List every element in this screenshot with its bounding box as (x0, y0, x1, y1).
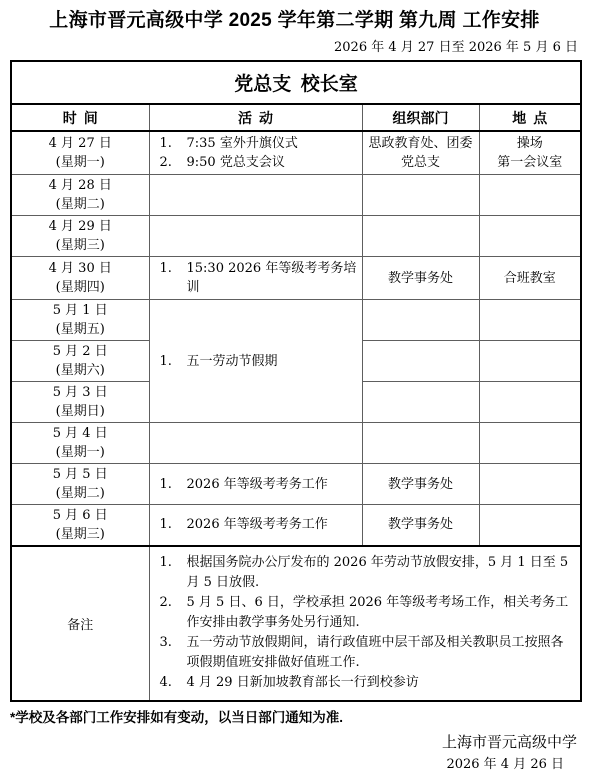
weekday-text: (星期日) (56, 404, 105, 419)
activity-cell: 1.7:35 室外升旗仪式 2.9:50 党总支会议 (149, 131, 362, 175)
date-text: 4 月 29 日 (49, 219, 112, 234)
document-title: 上海市晋元高级中学 2025 学年第二学期 第九周 工作安排 (0, 0, 589, 33)
remark-item-text: 五一劳动节放假期间，请行政值班中层干部及相关教职员工按照各项假期值班安排做好值班… (187, 633, 575, 673)
location-cell (479, 464, 581, 505)
date-text: 5 月 4 日 (53, 426, 108, 441)
location-cell: 合班教室 (479, 257, 581, 300)
weekday-text: (星期二) (56, 486, 105, 501)
weekday-text: (星期六) (56, 363, 105, 378)
activity-item-text: 15:30 2026 年等级考考务培训 (187, 259, 358, 297)
activity-item-text: 五一劳动节假期 (187, 352, 358, 371)
remark-item-text: 4 月 29 日新加坡教育部长一行到校参访 (187, 673, 575, 693)
weekday-text: (星期二) (56, 197, 105, 212)
time-cell: 5 月 6 日(星期三) (11, 505, 149, 546)
time-cell: 5 月 3 日(星期日) (11, 382, 149, 423)
date-text: 5 月 6 日 (53, 508, 108, 523)
time-cell: 4 月 27 日(星期一) (11, 131, 149, 175)
schedule-row-apr28: 4 月 28 日(星期二) (11, 175, 581, 216)
remarks-content: 1.根据国务院办公厅发布的 2026 年劳动节放假安排，5 月 1 日至 5 月… (149, 546, 581, 701)
remarks-label: 备注 (11, 546, 149, 701)
activity-item-text: 2026 年等级考考务工作 (187, 475, 358, 494)
activity-cell (149, 175, 362, 216)
remark-item: 2.5 月 5 日、6 日，学校承担 2026 年等级考考场工作，相关考务工作安… (160, 593, 575, 633)
date-text: 4 月 27 日 (49, 136, 112, 151)
organization-cell (362, 300, 479, 341)
schedule-row-apr29: 4 月 29 日(星期三) (11, 216, 581, 257)
activity-item: 1.7:35 室外升旗仪式 (160, 134, 358, 153)
location-cell (479, 382, 581, 423)
activity-item-number: 1. (160, 259, 187, 297)
signature-date: 2026 年 4 月 26 日 (0, 756, 564, 772)
schedule-row-apr27: 4 月 27 日(星期一) 1.7:35 室外升旗仪式 2.9:50 党总支会议… (11, 131, 581, 175)
weekday-text: (星期一) (56, 445, 105, 460)
activity-cell (149, 216, 362, 257)
weekday-text: (星期三) (56, 527, 105, 542)
location-cell (479, 216, 581, 257)
date-text: 5 月 2 日 (53, 344, 108, 359)
remark-item: 3.五一劳动节放假期间，请行政值班中层干部及相关教职员工按照各项假期值班安排做好… (160, 633, 575, 673)
remark-item-text: 根据国务院办公厅发布的 2026 年劳动节放假安排，5 月 1 日至 5 月 5… (187, 553, 575, 593)
date-text: 4 月 28 日 (49, 178, 112, 193)
weekday-text: (星期三) (56, 238, 105, 253)
footnote: *学校及各部门工作安排如有变动，以当日部门通知为准. (10, 710, 589, 726)
activity-item-text: 2026 年等级考考务工作 (187, 515, 358, 534)
section-title: 党总支 校长室 (11, 61, 581, 104)
activity-cell-holiday-merged: 1.五一劳动节假期 (149, 300, 362, 423)
organization-cell (362, 341, 479, 382)
col-header-organization: 组织部门 (362, 104, 479, 131)
time-cell: 4 月 28 日(星期二) (11, 175, 149, 216)
weekday-text: (星期四) (56, 280, 105, 295)
remark-item: 1.根据国务院办公厅发布的 2026 年劳动节放假安排，5 月 1 日至 5 月… (160, 553, 575, 593)
time-cell: 5 月 2 日(星期六) (11, 341, 149, 382)
document-page: 上海市晋元高级中学 2025 学年第二学期 第九周 工作安排 2026 年 4 … (0, 0, 589, 772)
weekday-text: (星期一) (56, 155, 105, 170)
date-text: 5 月 3 日 (53, 385, 108, 400)
activity-item: 2.9:50 党总支会议 (160, 153, 358, 172)
remarks-row: 备注 1.根据国务院办公厅发布的 2026 年劳动节放假安排，5 月 1 日至 … (11, 546, 581, 701)
activity-item: 1.2026 年等级考考务工作 (160, 515, 358, 534)
date-range: 2026 年 4 月 27 日至 2026 年 5 月 6 日 (0, 40, 578, 56)
location-cell (479, 300, 581, 341)
organization-cell (362, 175, 479, 216)
activity-item-number: 1. (160, 134, 187, 153)
organization-cell (362, 382, 479, 423)
remark-item-number: 2. (160, 593, 187, 633)
activity-item-number: 1. (160, 515, 187, 534)
location-cell (479, 175, 581, 216)
activity-item-number: 2. (160, 153, 187, 172)
remark-item-number: 1. (160, 553, 187, 593)
date-text: 5 月 1 日 (53, 303, 108, 318)
schedule-row-may6: 5 月 6 日(星期三) 1.2026 年等级考考务工作 教学事务处 (11, 505, 581, 546)
section-title-row: 党总支 校长室 (11, 61, 581, 104)
activity-cell: 1.2026 年等级考考务工作 (149, 505, 362, 546)
activity-item: 1.2026 年等级考考务工作 (160, 475, 358, 494)
activity-cell: 1.2026 年等级考考务工作 (149, 464, 362, 505)
activity-item: 1.15:30 2026 年等级考考务培训 (160, 259, 358, 297)
location-cell (479, 423, 581, 464)
signature-school: 上海市晋元高级中学 (0, 733, 577, 752)
activity-cell: 1.15:30 2026 年等级考考务培训 (149, 257, 362, 300)
time-cell: 5 月 1 日(星期五) (11, 300, 149, 341)
organization-cell: 教学事务处 (362, 464, 479, 505)
activity-item: 1.五一劳动节假期 (160, 352, 358, 371)
activity-cell (149, 423, 362, 464)
remark-item-number: 3. (160, 633, 187, 673)
activity-item-text: 9:50 党总支会议 (187, 153, 358, 172)
location-cell (479, 505, 581, 546)
col-header-location: 地 点 (479, 104, 581, 131)
organization-cell (362, 423, 479, 464)
weekday-text: (星期五) (56, 322, 105, 337)
schedule-table: 党总支 校长室 时 间 活 动 组织部门 地 点 4 月 27 日(星期一) 1… (10, 60, 582, 702)
schedule-row-may1: 5 月 1 日(星期五) 1.五一劳动节假期 (11, 300, 581, 341)
date-text: 5 月 5 日 (53, 467, 108, 482)
schedule-row-apr30: 4 月 30 日(星期四) 1.15:30 2026 年等级考考务培训 教学事务… (11, 257, 581, 300)
activity-item-number: 1. (160, 352, 187, 371)
organization-cell: 教学事务处 (362, 257, 479, 300)
remark-item: 4.4 月 29 日新加坡教育部长一行到校参访 (160, 673, 575, 693)
activity-item-text: 7:35 室外升旗仪式 (187, 134, 358, 153)
organization-cell (362, 216, 479, 257)
time-cell: 4 月 29 日(星期三) (11, 216, 149, 257)
col-header-activity: 活 动 (149, 104, 362, 131)
location-cell: 操场 第一会议室 (479, 131, 581, 175)
date-text: 4 月 30 日 (49, 261, 112, 276)
location-cell (479, 341, 581, 382)
organization-cell: 思政教育处、团委 党总支 (362, 131, 479, 175)
activity-item-number: 1. (160, 475, 187, 494)
remark-item-number: 4. (160, 673, 187, 693)
organization-cell: 教学事务处 (362, 505, 479, 546)
time-cell: 5 月 5 日(星期二) (11, 464, 149, 505)
col-header-time: 时 间 (11, 104, 149, 131)
time-cell: 5 月 4 日(星期一) (11, 423, 149, 464)
column-header-row: 时 间 活 动 组织部门 地 点 (11, 104, 581, 131)
schedule-row-may4: 5 月 4 日(星期一) (11, 423, 581, 464)
time-cell: 4 月 30 日(星期四) (11, 257, 149, 300)
schedule-row-may5: 5 月 5 日(星期二) 1.2026 年等级考考务工作 教学事务处 (11, 464, 581, 505)
remark-item-text: 5 月 5 日、6 日，学校承担 2026 年等级考考场工作，相关考务工作安排由… (187, 593, 575, 633)
